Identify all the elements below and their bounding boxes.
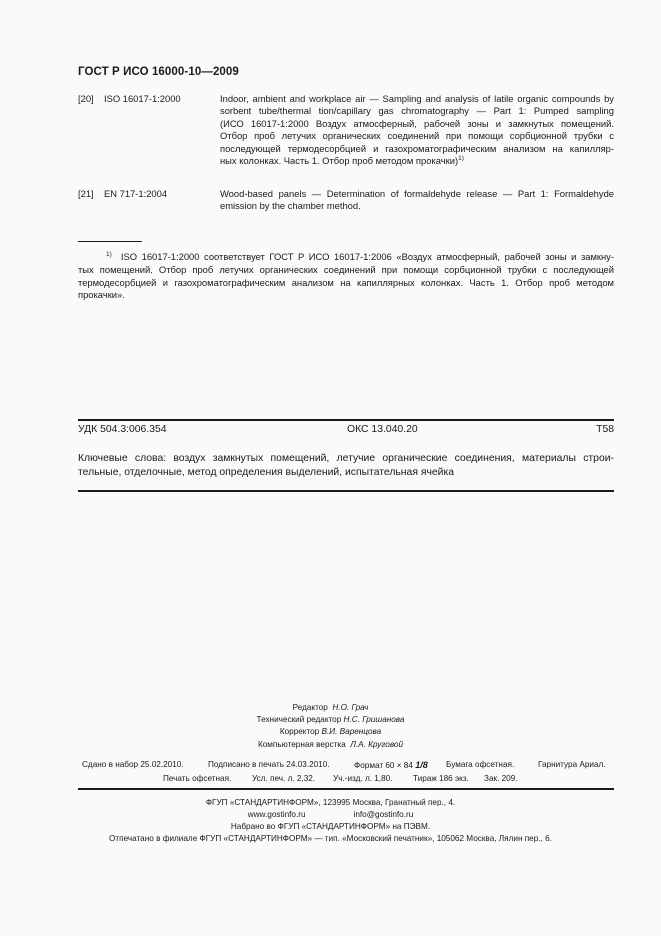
publisher-info: ФГУП «СТАНДАРТИНФОРМ», 123995 Москва, Гр… — [0, 797, 661, 845]
imprint-order: Зак. 209. — [484, 773, 518, 786]
publisher-website-link[interactable]: www.gostinfo.ru — [248, 810, 306, 819]
reference-text: Wood-based panels — Determination of for… — [220, 188, 614, 213]
reference-line: Indoor, ambient and workplace air — Samp… — [220, 93, 614, 105]
reference-line: sorbent tube/thermal tion/capillary gas … — [220, 105, 614, 117]
publisher-contacts: www.gostinfo.ruinfo@gostinfo.ru — [0, 809, 661, 821]
imprint-printing: Печать офсетная. — [163, 773, 231, 786]
credit-row: Корректор В.И. Варенцова — [0, 726, 661, 738]
imprint-signed: Подписано в печать 24.03.2010. — [208, 759, 330, 772]
keywords-line: Ключевые слова: воздух замкнутых помещен… — [78, 452, 614, 466]
imprint-format-fraction: 1/8 — [415, 760, 428, 770]
classification-code: Т58 — [596, 424, 614, 435]
editorial-credits: Редактор Н.О. Грач Технический редактор … — [0, 702, 661, 751]
keywords-line: тельные, отделочные, метод определения в… — [78, 466, 614, 480]
footnote-marker[interactable]: 1) — [458, 155, 464, 162]
udk-code: УДК 504.3:006.354 — [78, 424, 167, 435]
credit-row: Технический редактор Н.С. Гришанова — [0, 714, 661, 726]
footnote-line: прокачки». — [78, 289, 614, 302]
credit-role: Технический редактор — [257, 715, 342, 724]
classification-top-rule — [78, 419, 614, 421]
imprint-typeface: Гарнитура Ариал. — [538, 759, 606, 772]
footnote: 1) ISO 16017-1:2000 соответствует ГОСТ Р… — [78, 251, 614, 302]
keywords-bottom-rule — [78, 490, 614, 492]
reference-line: emission by the chamber method. — [220, 200, 614, 212]
document-header-title: ГОСТ Р ИСО 16000-10—2009 — [78, 66, 239, 78]
reference-text: Indoor, ambient and workplace air — Samp… — [220, 93, 614, 167]
reference-line: последующей термодесорбцией и газохромат… — [220, 143, 614, 155]
credit-role: Компьютерная верстка — [258, 740, 346, 749]
credit-name: Н.О. Грач — [332, 703, 368, 712]
reference-line: Wood-based panels — Determination of for… — [220, 188, 614, 200]
credit-row: Компьютерная верстка Л.А. Круговой — [0, 739, 661, 751]
reference-line-text: ных колонках. Часть 1. Отбор проб методо… — [220, 155, 458, 166]
imprint-format: Формат 60 × 84 1/8 — [354, 759, 428, 773]
imprint-run: Тираж 186 экз. — [413, 773, 469, 786]
footnote-line: тых помещений. Отбор проб летучих органи… — [78, 264, 614, 277]
reference-code: EN 717-1:2004 — [104, 188, 167, 200]
imprint-edition-sheets: Уч.-изд. л. 1,80. — [333, 773, 392, 786]
reference-entry-20: [20] ISO 16017-1:2000 Indoor, ambient an… — [0, 93, 661, 173]
reference-entry-21: [21] EN 717-1:2004 Wood-based panels — D… — [0, 188, 661, 218]
footnote-line: 1) ISO 16017-1:2000 соответствует ГОСТ Р… — [78, 251, 614, 264]
imprint-format-text: Формат 60 × 84 — [354, 761, 413, 770]
keywords: Ключевые слова: воздух замкнутых помещен… — [78, 452, 614, 480]
footnote-divider — [78, 241, 142, 242]
publisher-printer-note: Отпечатано в филиале ФГУП «СТАНДАРТИНФОР… — [0, 833, 661, 845]
footnote-line-text: ISO 16017-1:2000 соответствует ГОСТ Р ИС… — [121, 251, 614, 262]
reference-number: [20] — [78, 93, 94, 105]
reference-line-last: ных колонках. Часть 1. Отбор проб методо… — [220, 155, 614, 167]
reference-line: (ИСО 16017-1:2000 Воздух атмосферный, ра… — [220, 118, 614, 130]
publisher-address: ФГУП «СТАНДАРТИНФОРМ», 123995 Москва, Гр… — [0, 797, 661, 809]
credit-role: Корректор — [280, 727, 319, 736]
imprint-bottom-rule — [78, 788, 614, 790]
reference-line: Отбор проб летучих органических соединен… — [220, 130, 614, 142]
footnote-mark: 1) — [106, 251, 112, 258]
publisher-email-link[interactable]: info@gostinfo.ru — [354, 810, 414, 819]
credit-name: Л.А. Круговой — [350, 740, 403, 749]
oks-code: ОКС 13.040.20 — [347, 424, 418, 435]
imprint-submitted: Сдано в набор 25.02.2010. — [82, 759, 184, 772]
reference-code: ISO 16017-1:2000 — [104, 93, 181, 105]
imprint-block: Сдано в набор 25.02.2010. Подписано в пе… — [0, 759, 661, 789]
credit-name: В.И. Варенцова — [322, 727, 382, 736]
publisher-typeset-note: Набрано во ФГУП «СТАНДАРТИНФОРМ» на ПЭВМ… — [0, 821, 661, 833]
reference-number: [21] — [78, 188, 94, 200]
credit-row: Редактор Н.О. Грач — [0, 702, 661, 714]
imprint-paper: Бумага офсетная. — [446, 759, 514, 772]
imprint-print-sheets: Усл. печ. л. 2,32. — [252, 773, 315, 786]
credit-name: Н.С. Гришанова — [344, 715, 405, 724]
credit-role: Редактор — [293, 703, 328, 712]
footnote-line: термодесорбцией и газохроматографическим… — [78, 277, 614, 290]
